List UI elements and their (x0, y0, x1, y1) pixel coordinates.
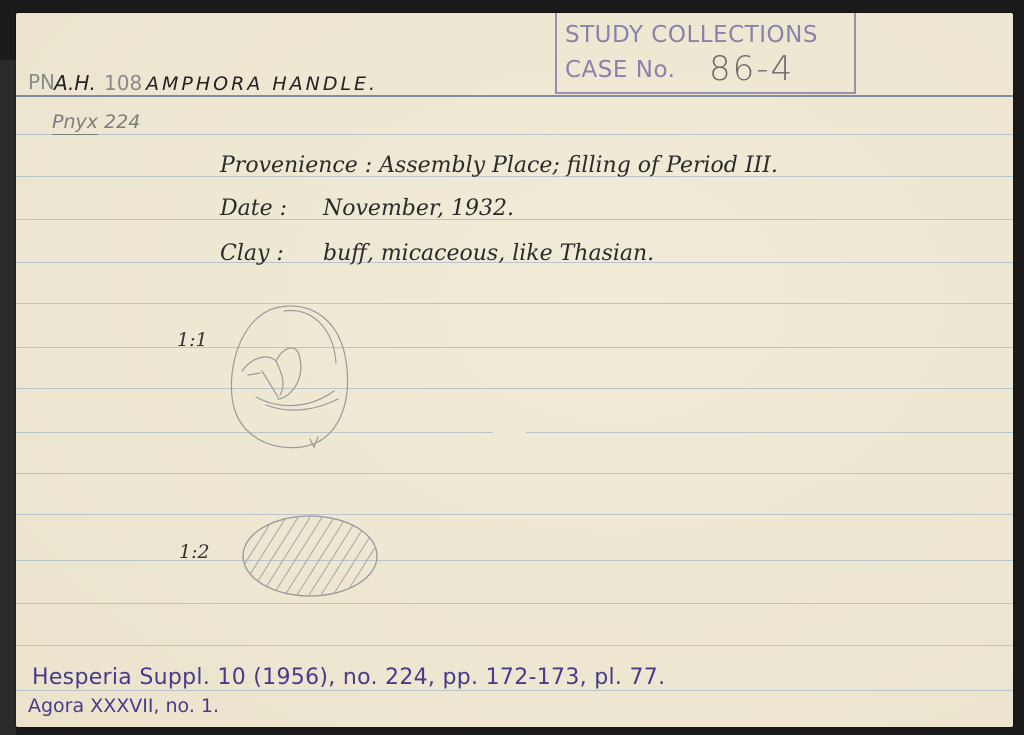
pnyx-reference: Pnyx 224 (52, 111, 140, 133)
prefix-pn: PN (28, 70, 55, 94)
index-card: STUDY COLLECTIONS CASE No. 86-4 PN A.H. … (16, 13, 1013, 727)
scan-backdrop (0, 60, 16, 735)
stamp-title: STUDY COLLECTIONS (565, 22, 818, 48)
field-value: buff, micaceous, like Thasian. (323, 241, 654, 266)
rule-line (16, 560, 1013, 561)
rule-line (16, 347, 1013, 348)
field-key: Date : (220, 196, 316, 221)
catalog-code: A.H. (54, 71, 96, 95)
scale-label-1-2: 1:2 (179, 541, 210, 563)
field-key: Provenience : (220, 153, 372, 178)
rule-line (16, 514, 1013, 515)
hatched-section-sketch-icon (240, 513, 380, 599)
pnyx-label: Pnyx (52, 111, 98, 133)
stamp-case-label: CASE No. (565, 57, 675, 83)
rule-line (16, 690, 1013, 691)
field-value: Assembly Place; filling of Period III. (379, 153, 778, 178)
study-collections-stamp: STUDY COLLECTIONS CASE No. 86-4 (555, 13, 856, 94)
scale-label-1-1: 1:1 (177, 329, 208, 351)
field-clay: Clay : buff, micaceous, like Thasian. (220, 241, 654, 266)
rule-line (526, 432, 1013, 433)
rule-line (16, 645, 1013, 646)
field-value: November, 1932. (323, 196, 514, 221)
rule-line (16, 303, 1013, 304)
inventory-number: 108 (104, 71, 142, 95)
field-date: Date : November, 1932. (220, 196, 514, 221)
header-rule (16, 95, 1013, 97)
case-number: 86-4 (709, 49, 794, 89)
rule-line (16, 388, 1013, 389)
rule-line (16, 134, 1013, 135)
rule-line (16, 473, 1013, 474)
field-key: Clay : (220, 241, 316, 266)
field-provenience: Provenience : Assembly Place; filling of… (220, 153, 778, 178)
rule-line (16, 603, 1013, 604)
card-title: AMPHORA HANDLE. (146, 73, 378, 95)
rule-line (16, 219, 1013, 220)
citation-agora: Agora XXXVII, no. 1. (28, 695, 219, 717)
pnyx-number: 224 (104, 111, 140, 133)
handle-profile-sketch-icon (222, 301, 362, 453)
citation-hesperia: Hesperia Suppl. 10 (1956), no. 224, pp. … (32, 665, 665, 690)
